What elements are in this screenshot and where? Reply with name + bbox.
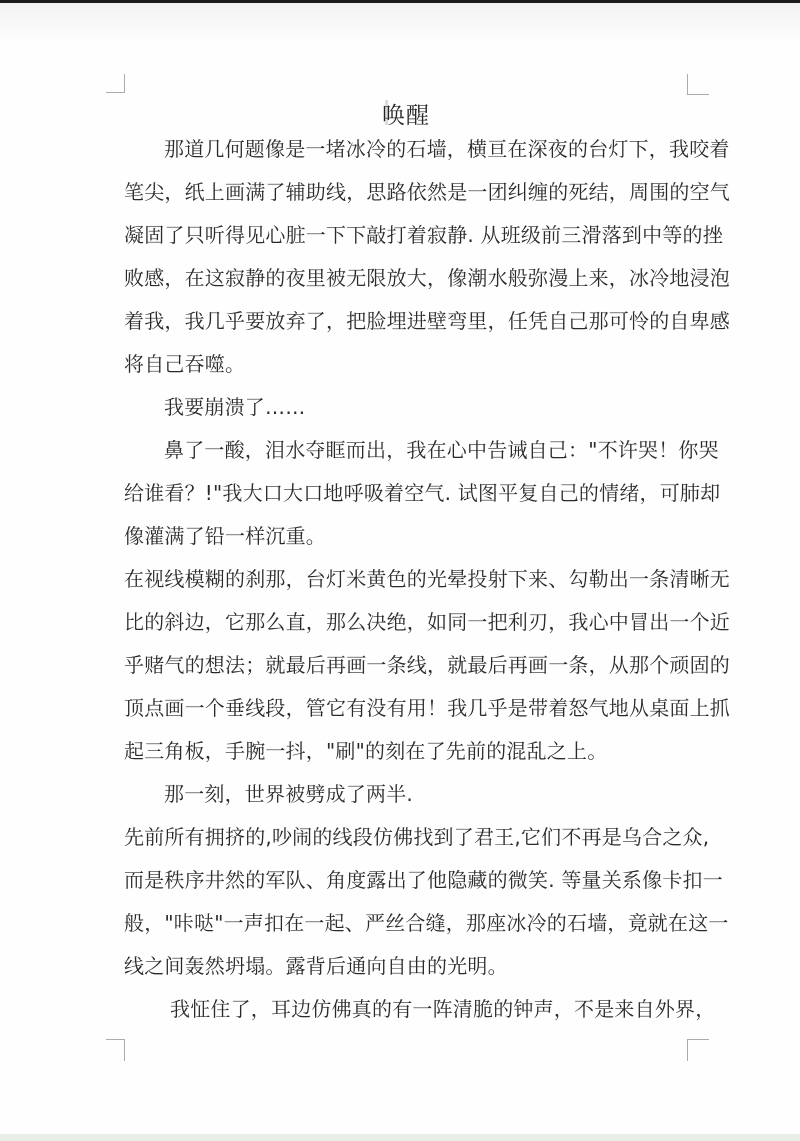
page-bottom-edge [0,1120,800,1134]
window-bottom-strip [0,1134,800,1141]
page-top-shading [0,3,800,45]
essay-line: 顶点画一个垂线段，管它有没有用！我几乎是带着怒气地从桌面上抓 [124,687,704,730]
essay-line: 般，"咔哒"一声扣在一起、严丝合缝，那座冰冷的石墙，竟就在这一 [124,902,704,945]
essay-line: 线之间轰然坍塌。露背后通向自由的光明。 [124,945,704,988]
essay-line: 将自己吞噬。 [124,343,704,386]
essay-line: 败感，在这寂静的夜里被无限放大，像潮水般弥漫上来，冰冷地浸泡 [124,257,704,300]
margin-crop-mark-bottom-left [106,1039,125,1061]
essay-line: 那一刻，世界被劈成了两半. [124,773,704,816]
essay-line: 比的斜边，它那么直，那么决绝，如同一把利刃，我心中冒出一个近 [124,601,704,644]
essay-line: 着我，我几乎要放弃了，把脸埋进壁弯里，任凭自己那可怜的自卑感 [124,300,704,343]
essay-line: 我怔住了，耳边仿佛真的有一阵清脆的钟声，不是来自外界， [124,988,704,1031]
essay-line: 笔尖，纸上画满了辅助线，思路依然是一团纠缠的死结，周围的空气 [124,171,704,214]
essay-line: 在视线模糊的刹那，台灯米黄色的光晕投射下来、勾勒出一条清晰无 [124,558,704,601]
essay-body: 那道几何题像是一堵冰冷的石墙，横亘在深夜的台灯下，我咬着 笔尖，纸上画满了辅助线… [124,128,704,1031]
document-page-view: { "document": { "kind": "handwritten-sty… [0,0,800,1141]
essay-line: 像灌满了铅一样沉重。 [124,515,704,558]
essay-line: 乎赌气的想法；就最后再画一条线，就最后再画一条，从那个顽固的 [124,644,704,687]
essay-line: 而是秩序井然的军队、角度露出了他隐藏的微笑. 等量关系像卡扣一 [124,859,704,902]
margin-crop-mark-top-left [106,74,125,93]
margin-crop-mark-top-right [687,74,709,95]
essay-line: 起三角板，手腕一抖，"刷"的刻在了先前的混乱之上。 [124,730,704,773]
essay-line: 那道几何题像是一堵冰冷的石墙，横亘在深夜的台灯下，我咬着 [124,128,704,171]
essay-line: 先前所有拥挤的,吵闹的线段仿佛找到了君王,它们不再是乌合之众, [124,816,704,859]
essay-line: 凝固了只听得见心脏一下下敲打着寂静. 从班级前三滑落到中等的挫 [124,214,704,257]
margin-crop-mark-bottom-right [687,1039,709,1061]
essay-title: 唤醒 [124,97,688,130]
essay-line: 鼻了一酸，泪水夺眶而出，我在心中告诫自己："不许哭！你哭 [124,429,704,472]
essay-line: 我要崩溃了…… [124,386,704,429]
essay-line: 给谁看？!"我大口大口地呼吸着空气. 试图平复自己的情绪，可肺却 [124,472,704,515]
